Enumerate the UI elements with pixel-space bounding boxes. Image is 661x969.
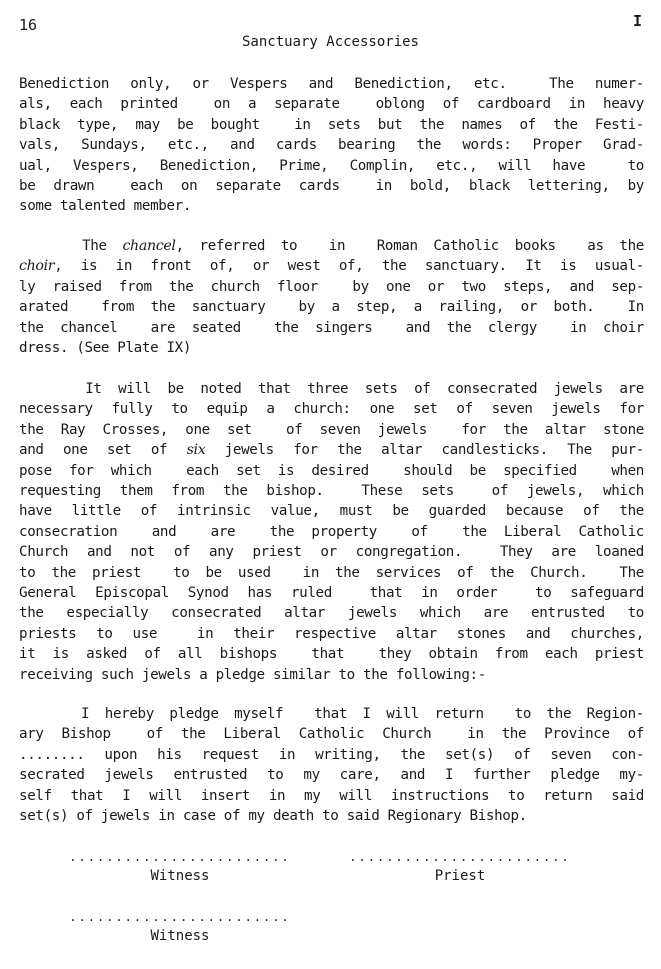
text-line: black type, may be bought in sets but th… xyxy=(19,115,644,135)
text-line: Benediction only, or Vespers and Benedic… xyxy=(19,74,644,94)
text-line: ........ upon his request in writing, th… xyxy=(19,745,644,765)
text-line: to the priest to be used in the services… xyxy=(19,563,644,583)
signature-witness-1: ........................ Witness xyxy=(60,850,300,884)
text-line: set(s) of jewels in case of my death to … xyxy=(19,806,644,826)
corner-mark: I xyxy=(633,12,642,30)
signature-label: Witness xyxy=(60,868,300,884)
text-line: It will be noted that three sets of cons… xyxy=(19,379,644,399)
signature-witness-2: ........................ Witness xyxy=(60,910,300,944)
text-line: secrated jewels entrusted to my care, an… xyxy=(19,765,644,785)
text-line: vals, Sundays, etc., and cards bearing t… xyxy=(19,135,644,155)
text-line: requesting them from the bishop. These s… xyxy=(19,481,644,501)
text-line: the chancel are seated the singers and t… xyxy=(19,318,644,338)
page-number: 16 xyxy=(19,16,37,34)
paragraph-numerals-cards: Benediction only, or Vespers and Benedic… xyxy=(19,74,644,217)
text-line: consecration and are the property of the… xyxy=(19,522,644,542)
text-line: arated from the sanctuary by a step, a r… xyxy=(19,297,644,317)
text-line: some talented member. xyxy=(19,196,644,216)
text-line: and one set of six jewels for the altar … xyxy=(19,440,644,460)
signature-label: Witness xyxy=(60,928,300,944)
text-line: I hereby pledge myself that I will retur… xyxy=(19,704,644,724)
text-line: als, each printed on a separate oblong o… xyxy=(19,94,644,114)
paragraph-chancel: The chancel, referred to in Roman Cathol… xyxy=(19,236,644,358)
text-line: have little of intrinsic value, must be … xyxy=(19,501,644,521)
text-line: dress. (See Plate IX) xyxy=(19,338,644,358)
text-line: ly raised from the church floor by one o… xyxy=(19,277,644,297)
text-line: ual, Vespers, Benediction, Prime, Compli… xyxy=(19,156,644,176)
text-line: necessary fully to equip a church: one s… xyxy=(19,399,644,419)
signature-line: ........................ xyxy=(60,910,300,924)
text-line: The chancel, referred to in Roman Cathol… xyxy=(19,236,644,256)
text-line: receiving such jewels a pledge similar t… xyxy=(19,665,644,685)
text-line: Church and not of any priest or congrega… xyxy=(19,542,644,562)
text-line: choir, is in front of, or west of, the s… xyxy=(19,256,644,276)
text-line: self that I will insert in my will instr… xyxy=(19,786,644,806)
paragraph-consecrated-jewels: It will be noted that three sets of cons… xyxy=(19,379,644,685)
text-line: it is asked of all bishops that they obt… xyxy=(19,644,644,664)
text-line: the Ray Crosses, one set of seven jewels… xyxy=(19,420,644,440)
text-line: pose for which each set is desired shoul… xyxy=(19,461,644,481)
signature-label: Priest xyxy=(340,868,580,884)
signature-priest: ........................ Priest xyxy=(340,850,580,884)
text-line: ary Bishop of the Liberal Catholic Churc… xyxy=(19,724,644,744)
running-title: Sanctuary Accessories xyxy=(0,34,661,50)
signature-line: ........................ xyxy=(60,850,300,864)
text-line: the especially consecrated altar jewels … xyxy=(19,603,644,623)
signature-line: ........................ xyxy=(340,850,580,864)
text-line: General Episcopal Synod has ruled that i… xyxy=(19,583,644,603)
paragraph-pledge: I hereby pledge myself that I will retur… xyxy=(19,704,644,826)
text-line: be drawn each on separate cards in bold,… xyxy=(19,176,644,196)
text-line: priests to use in their respective altar… xyxy=(19,624,644,644)
